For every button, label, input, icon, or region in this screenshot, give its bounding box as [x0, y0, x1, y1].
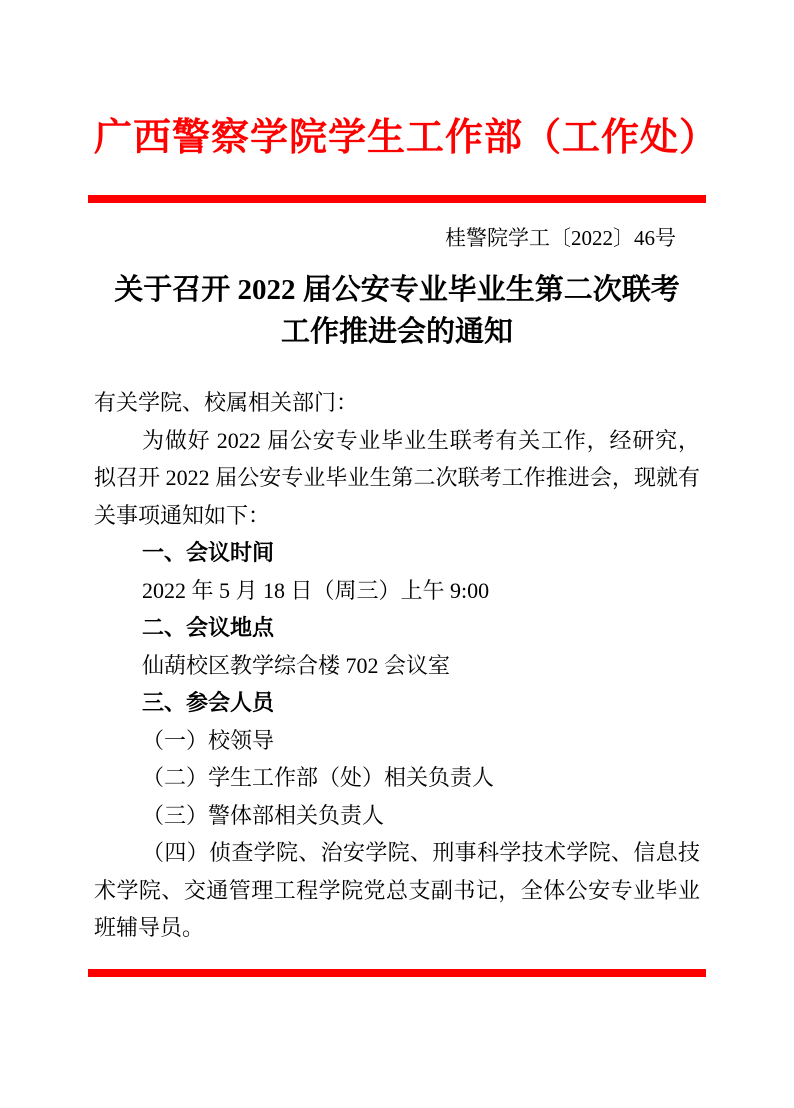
section-2-content: 仙葫校区教学综合楼 702 会议室: [94, 647, 700, 685]
letterhead-org-title: 广西警察学院学生工作部（工作处）: [94, 112, 700, 164]
notice-title-line1: 关于召开 2022 届公安专业毕业生第二次联考: [94, 269, 700, 311]
participant-item-3: （三）警体部相关负责人: [94, 797, 700, 835]
doc-number: 桂警院学工〔2022〕46号: [94, 225, 700, 251]
section-1-heading: 一、会议时间: [94, 534, 700, 572]
notice-title: 关于召开 2022 届公安专业毕业生第二次联考 工作推进会的通知: [94, 269, 700, 353]
header-divider-rule: [88, 195, 706, 203]
salutation: 有关学院、校属相关部门：: [94, 384, 700, 422]
section-1-content: 2022 年 5 月 18 日（周三）上午 9:00: [94, 572, 700, 610]
document-page: 广西警察学院学生工作部（工作处） 桂警院学工〔2022〕46号 关于召开 202…: [0, 0, 794, 1108]
notice-body: 有关学院、校属相关部门： 为做好 2022 届公安专业毕业生联考有关工作，经研究…: [94, 384, 700, 947]
section-2-heading: 二、会议地点: [94, 609, 700, 647]
document-content: 广西警察学院学生工作部（工作处） 桂警院学工〔2022〕46号 关于召开 202…: [0, 112, 794, 977]
participant-item-4: （四）侦查学院、治安学院、刑事科学技术学院、信息技术学院、交通管理工程学院党总支…: [94, 834, 700, 947]
footer-divider-rule: [88, 969, 706, 977]
participant-item-1: （一）校领导: [94, 722, 700, 760]
notice-title-line2: 工作推进会的通知: [94, 311, 700, 353]
section-3-heading: 三、参会人员: [94, 684, 700, 722]
participant-item-2: （二）学生工作部（处）相关负责人: [94, 759, 700, 797]
intro-paragraph: 为做好 2022 届公安专业毕业生联考有关工作，经研究，拟召开 2022 届公安…: [94, 422, 700, 535]
